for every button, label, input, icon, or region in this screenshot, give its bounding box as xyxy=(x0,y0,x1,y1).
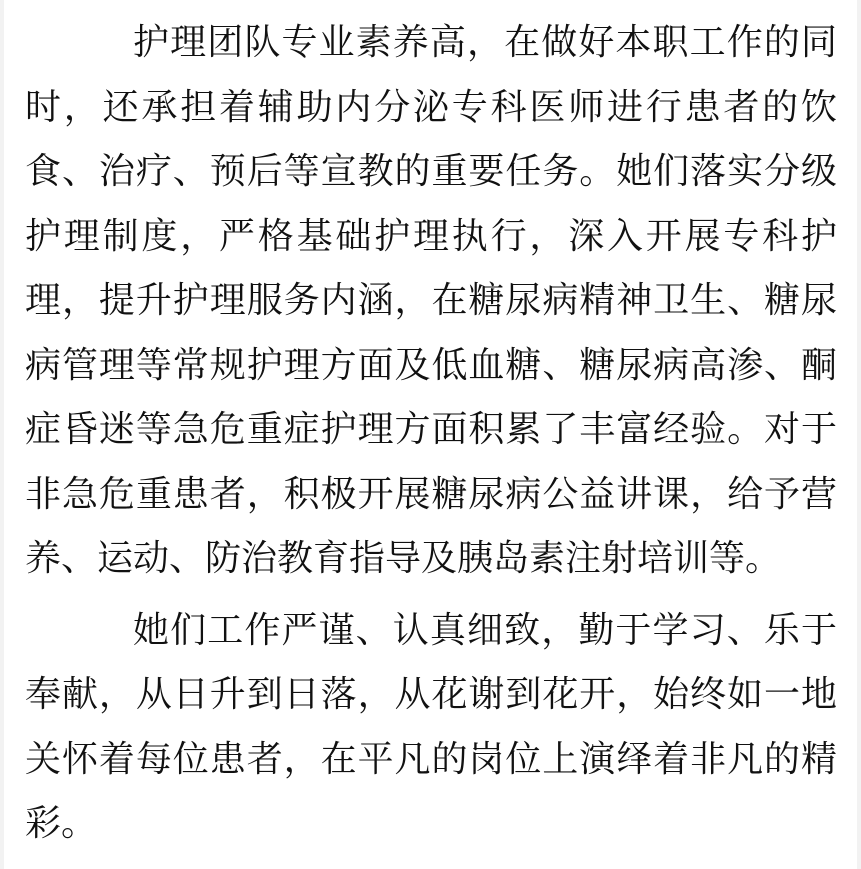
right-margin-strip xyxy=(857,0,861,869)
paragraph-nursing-team: 护理团队专业素养高，在做好本职工作的同时，还承担着辅助内分泌专科医师进行患者的饮… xyxy=(25,11,837,592)
left-margin-strip xyxy=(0,0,4,869)
article-body: 护理团队专业素养高，在做好本职工作的同时，还承担着辅助内分泌专科医师进行患者的饮… xyxy=(25,11,837,857)
paragraph-dedication: 她们工作严谨、认真细致，勤于学习、乐于奉献，从日升到日落，从花谢到花开，始终如一… xyxy=(25,599,837,857)
